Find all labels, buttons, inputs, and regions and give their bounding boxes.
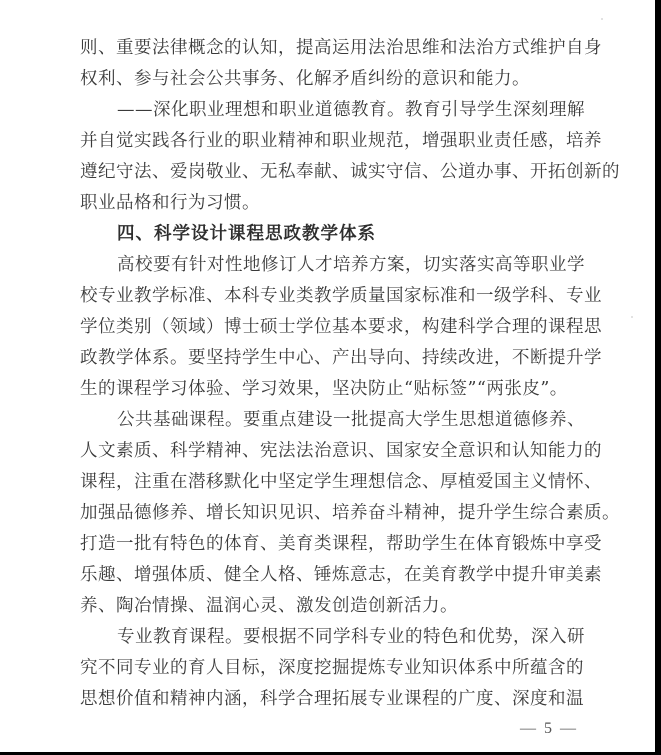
page-number: — 5 — — [520, 720, 578, 738]
text-line: 遵纪守法、爱岗敬业、无私奉献、诚实守信、公道办事、开拓创新的 — [80, 159, 577, 190]
text-line: 学位类别（领域）博士硕士学位基本要求，构建科学合理的课程思 — [80, 314, 577, 345]
body-text: 则、重要法律概念的认知，提高运用法治思维和法治方式维护自身 权利、参与社会公共事… — [80, 35, 577, 717]
scan-speck — [631, 316, 633, 318]
text-line: 权利、参与社会公共事务、化解矛盾纠纷的意识和能力。 — [80, 66, 577, 97]
paragraph-first-line: 专业教育课程。要根据不同学科专业的特色和优势，深入研 — [80, 624, 577, 655]
text-line: 课程，注重在潜移默化中坚定学生理想信念、厚植爱国主义情怀、 — [80, 469, 577, 500]
text-line: 打造一批有特色的体育、美育类课程，帮助学生在体育锻炼中享受 — [80, 531, 577, 562]
scan-speck — [601, 18, 603, 20]
text-line: 加强品德修养、增长知识见识、培养奋斗精神，提升学生综合素质。 — [80, 500, 577, 531]
frame-border-right — [655, 0, 661, 755]
text-line: 究不同专业的育人目标，深度挖掘提炼专业知识体系中所蕴含的 — [80, 655, 577, 686]
text-line: 养、陶冶情操、温润心灵、激发创造创新活力。 — [80, 593, 577, 624]
section-heading: 四、科学设计课程思政教学体系 — [80, 221, 577, 252]
text-line: 职业品格和行为习惯。 — [80, 190, 577, 221]
paragraph-first-line: 公共基础课程。要重点建设一批提高大学生思想道德修养、 — [80, 407, 577, 438]
text-line: 并自觉实践各行业的职业精神和职业规范，增强职业责任感，培养 — [80, 128, 577, 159]
text-line: 校专业教学标准、本科专业类教学质量国家标准和一级学科、专业 — [80, 283, 577, 314]
document-page: 则、重要法律概念的认知，提高运用法治思维和法治方式维护自身 权利、参与社会公共事… — [0, 0, 655, 752]
subsection-lead-line: ——深化职业理想和职业道德教育。教育引导学生深刻理解 — [80, 97, 577, 128]
text-line: 则、重要法律概念的认知，提高运用法治思维和法治方式维护自身 — [80, 35, 577, 66]
paragraph-first-line: 高校要有针对性地修订人才培养方案，切实落实高等职业学 — [80, 252, 577, 283]
text-line: 乐趣、增强体质、健全人格、锤炼意志，在美育教学中提升审美素 — [80, 562, 577, 593]
text-line: 思想价值和精神内涵，科学合理拓展专业课程的广度、深度和温 — [80, 686, 577, 717]
text-line: 人文素质、科学精神、宪法法治意识、国家安全意识和认知能力的 — [80, 438, 577, 469]
text-line: 生的课程学习体验、学习效果，坚决防止“贴标签”“两张皮”。 — [80, 376, 577, 407]
text-line: 政教学体系。要坚持学生中心、产出导向、持续改进，不断提升学 — [80, 345, 577, 376]
